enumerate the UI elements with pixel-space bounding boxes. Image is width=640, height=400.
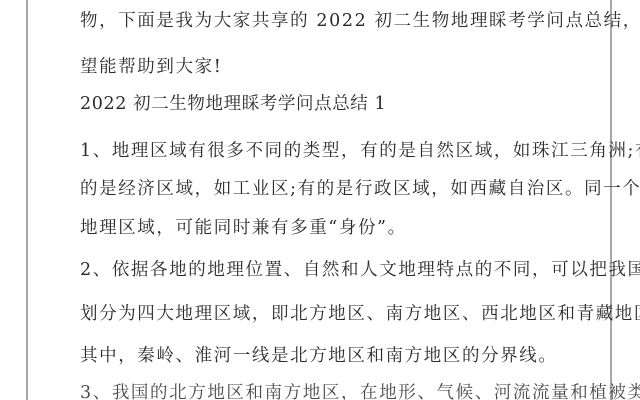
section-heading: 2022 初二生物地理睬考学问点总结 1	[80, 94, 386, 114]
paragraph-line: 1、地理区域有很多不同的类型，有的是自然区域，如珠江三角洲;有	[80, 141, 640, 161]
paragraph-line: 其中，秦岭、淮河一线是北方地区和南方地区的分界线。	[80, 346, 558, 366]
paragraph-line: 2、依据各地的地理位置、自然和人文地理特点的不同，可以把我国	[80, 260, 640, 280]
paragraph-line: 划分为四大地理区域，即北方地区、南方地区、西北地区和青藏地区。	[80, 304, 640, 324]
paragraph-line-cut-off: 3、我国的北方地区和南方地区，在地形、气候、河流流量和植被类	[80, 383, 640, 400]
paragraph-line: 的是经济区域，如工业区;有的是行政区域，如西藏自治区。同一个	[80, 179, 640, 199]
paragraph-line: 物，下面是我为大家共享的 2022 初二生物地理睬考学问点总结，希	[80, 11, 640, 31]
paragraph-line: 地理区域，可能同时兼有多重“身份”。	[80, 218, 407, 238]
paragraph-line: 望能帮助到大家!	[80, 57, 222, 77]
